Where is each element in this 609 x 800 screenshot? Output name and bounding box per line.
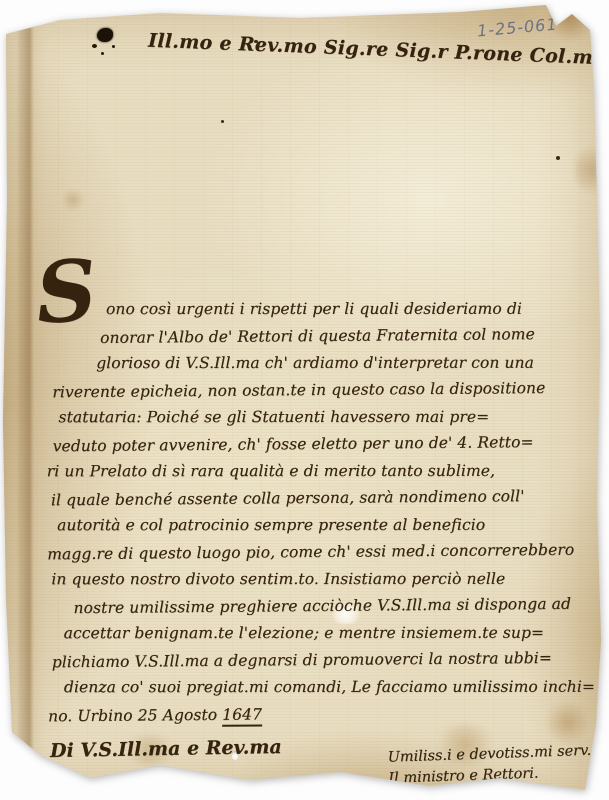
manuscript-line: dienza co' suoi pregiat.mi comandi, Le f…: [64, 674, 581, 701]
manuscript-scan: 1-25-061 Ill.mo e Rev.mo Sig.re Sig.r P.…: [0, 0, 609, 800]
manuscript-line: statutaria: Poiché se gli Statuenti have…: [58, 404, 579, 431]
salutation-line: Ill.mo e Rev.mo Sig.re Sig.r P.rone Col.…: [148, 30, 479, 65]
ink-speck: [92, 44, 97, 48]
ink-speck: [221, 120, 224, 123]
manuscript-line: veduto poter avvenire, ch' fosse eletto …: [53, 429, 580, 461]
date-line: no. Urbino 25 Agosto 1647: [48, 699, 581, 731]
manuscript-line: nostre umilissime preghiere acciòche V.S…: [73, 591, 580, 622]
manuscript-line: riverente epicheia, non ostan.te in ques…: [52, 375, 579, 407]
manuscript-line: plichiamo V.S.Ill.ma a degnarsi di promu…: [52, 645, 581, 677]
left-fold-crease: [18, 0, 44, 800]
manuscript-line: onorar l'Albo de' Rettori di questa Frat…: [100, 321, 579, 352]
ink-speck: [101, 52, 104, 55]
manuscript-line: ri un Prelato di sì rara qualità e di me…: [47, 458, 580, 485]
manuscript-line: ono così urgenti i rispetti per li quali…: [106, 296, 579, 323]
valediction-right: Umiliss.i e devotiss.mi serv.ri Il minis…: [387, 740, 603, 789]
catalog-number: 1-25-061: [476, 15, 558, 41]
manuscript-line: accettar benignam.te l'elezione; e mentr…: [64, 620, 581, 647]
valediction-left: Di V.S.Ill.ma e Rev.ma: [50, 736, 282, 762]
foxing-stain: [60, 190, 86, 210]
date-prefix: no. Urbino 25 Agosto: [48, 706, 222, 726]
manuscript-line: autorità e col patrocinio sempre present…: [57, 512, 580, 539]
ink-speck: [556, 156, 560, 160]
manuscript-line: glorioso di V.S.Ill.ma ch' ardiamo d'int…: [96, 350, 579, 377]
manuscript-line: in questo nostro divoto sentim.to. Insis…: [51, 566, 580, 593]
date-year: 1647: [222, 705, 262, 726]
letter-body: ono così urgenti i rispetti per li quali…: [44, 295, 581, 730]
manuscript-line: il quale benché assente colla persona, s…: [51, 483, 580, 515]
ink-blot: [97, 28, 113, 42]
foxing-stain: [575, 140, 609, 200]
manuscript-paper: 1-25-061 Ill.mo e Rev.mo Sig.re Sig.r P.…: [0, 0, 609, 800]
ink-speck: [112, 45, 115, 48]
paper-shadow-wrap: 1-25-061 Ill.mo e Rev.mo Sig.re Sig.r P.…: [0, 0, 609, 800]
manuscript-line: magg.re di questo luogo pio, come ch' es…: [47, 537, 580, 569]
